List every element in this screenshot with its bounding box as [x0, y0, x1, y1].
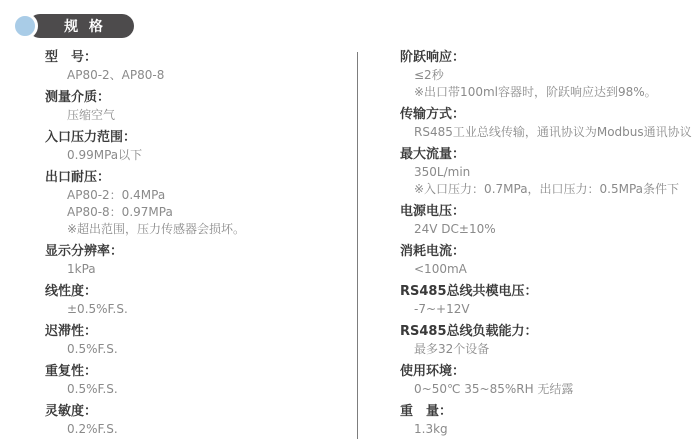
spec-section: 入口压力范围：0.99MPa以下	[45, 128, 350, 164]
spec-section: 电源电压：24V DC±10%	[400, 202, 696, 238]
spec-value: -7~+12V	[400, 301, 696, 318]
spec-value: 24V DC±10%	[400, 221, 696, 238]
spec-value: 最多32个设备	[400, 341, 696, 358]
spec-section: RS485总线共模电压：-7~+12V	[400, 282, 696, 318]
spec-value: 1.3kg	[400, 421, 696, 438]
spec-section: 重 量：1.3kg	[400, 402, 696, 438]
spec-value: AP80-8：0.97MPa	[45, 204, 350, 221]
spec-label: RS485总线负载能力：	[400, 322, 696, 341]
accent-circle-icon	[12, 13, 38, 39]
spec-label: 重 量：	[400, 402, 696, 421]
spec-value: AP80-2、AP80-8	[45, 67, 350, 84]
spec-section: RS485总线负载能力：最多32个设备	[400, 322, 696, 358]
spec-value: 0~50℃ 35~85%RH 无结露	[400, 381, 696, 398]
spec-value: ※超出范围，压力传感器会损坏。	[45, 221, 350, 238]
spec-value: 0.5%F.S.	[45, 381, 350, 398]
spec-label: 入口压力范围：	[45, 128, 350, 147]
spec-value: RS485工业总线传输，通讯协议为Modbus通讯协议	[400, 124, 696, 141]
spec-section: 阶跃响应：≤2秒※出口带100ml容器时，阶跃响应达到98%。	[400, 48, 696, 101]
spec-column-left: 型 号：AP80-2、AP80-8测量介质：压缩空气入口压力范围：0.99MPa…	[45, 48, 350, 439]
spec-label: RS485总线共模电压：	[400, 282, 696, 301]
spec-label: 重复性：	[45, 362, 350, 381]
spec-label: 型 号：	[45, 48, 350, 67]
spec-section: 显示分辨率：1kPa	[45, 242, 350, 278]
spec-value: <100mA	[400, 261, 696, 278]
spec-value: ※出口带100ml容器时，阶跃响应达到98%。	[400, 84, 696, 101]
spec-column-right: 阶跃响应：≤2秒※出口带100ml容器时，阶跃响应达到98%。传输方式：RS48…	[400, 48, 696, 439]
spec-value: 0.99MPa以下	[45, 147, 350, 164]
spec-section: 线性度：±0.5%F.S.	[45, 282, 350, 318]
page-title: 规 格	[64, 16, 106, 36]
spec-value: ≤2秒	[400, 67, 696, 84]
spec-label: 线性度：	[45, 282, 350, 301]
spec-label: 迟滞性：	[45, 322, 350, 341]
spec-label: 出口耐压：	[45, 168, 350, 187]
spec-value: AP80-2：0.4MPa	[45, 187, 350, 204]
spec-label: 电源电压：	[400, 202, 696, 221]
spec-label: 使用环境：	[400, 362, 696, 381]
spec-section: 使用环境：0~50℃ 35~85%RH 无结露	[400, 362, 696, 398]
spec-sheet-page: 规 格 型 号：AP80-2、AP80-8测量介质：压缩空气入口压力范围：0.9…	[0, 0, 700, 439]
spec-section: 迟滞性：0.5%F.S.	[45, 322, 350, 358]
spec-label: 灵敏度：	[45, 402, 350, 421]
spec-section: 最大流量：350L/min※入口压力：0.7MPa，出口压力：0.5MPa条件下	[400, 145, 696, 198]
spec-section: 型 号：AP80-2、AP80-8	[45, 48, 350, 84]
column-divider	[357, 52, 358, 439]
spec-value: 350L/min	[400, 164, 696, 181]
spec-label: 最大流量：	[400, 145, 696, 164]
section-header: 规 格	[12, 13, 152, 39]
spec-value: ※入口压力：0.7MPa，出口压力：0.5MPa条件下	[400, 181, 696, 198]
header-title-pill: 规 格	[28, 14, 134, 38]
spec-value: 压缩空气	[45, 107, 350, 124]
spec-section: 传输方式：RS485工业总线传输，通讯协议为Modbus通讯协议	[400, 105, 696, 141]
spec-label: 测量介质：	[45, 88, 350, 107]
spec-value: ±0.5%F.S.	[45, 301, 350, 318]
spec-label: 显示分辨率：	[45, 242, 350, 261]
spec-section: 消耗电流：<100mA	[400, 242, 696, 278]
spec-section: 灵敏度：0.2%F.S.	[45, 402, 350, 438]
spec-label: 阶跃响应：	[400, 48, 696, 67]
spec-section: 重复性：0.5%F.S.	[45, 362, 350, 398]
spec-value: 0.5%F.S.	[45, 341, 350, 358]
spec-section: 出口耐压：AP80-2：0.4MPaAP80-8：0.97MPa※超出范围，压力…	[45, 168, 350, 238]
spec-label: 消耗电流：	[400, 242, 696, 261]
spec-value: 1kPa	[45, 261, 350, 278]
spec-value: 0.2%F.S.	[45, 421, 350, 438]
spec-section: 测量介质：压缩空气	[45, 88, 350, 124]
spec-label: 传输方式：	[400, 105, 696, 124]
